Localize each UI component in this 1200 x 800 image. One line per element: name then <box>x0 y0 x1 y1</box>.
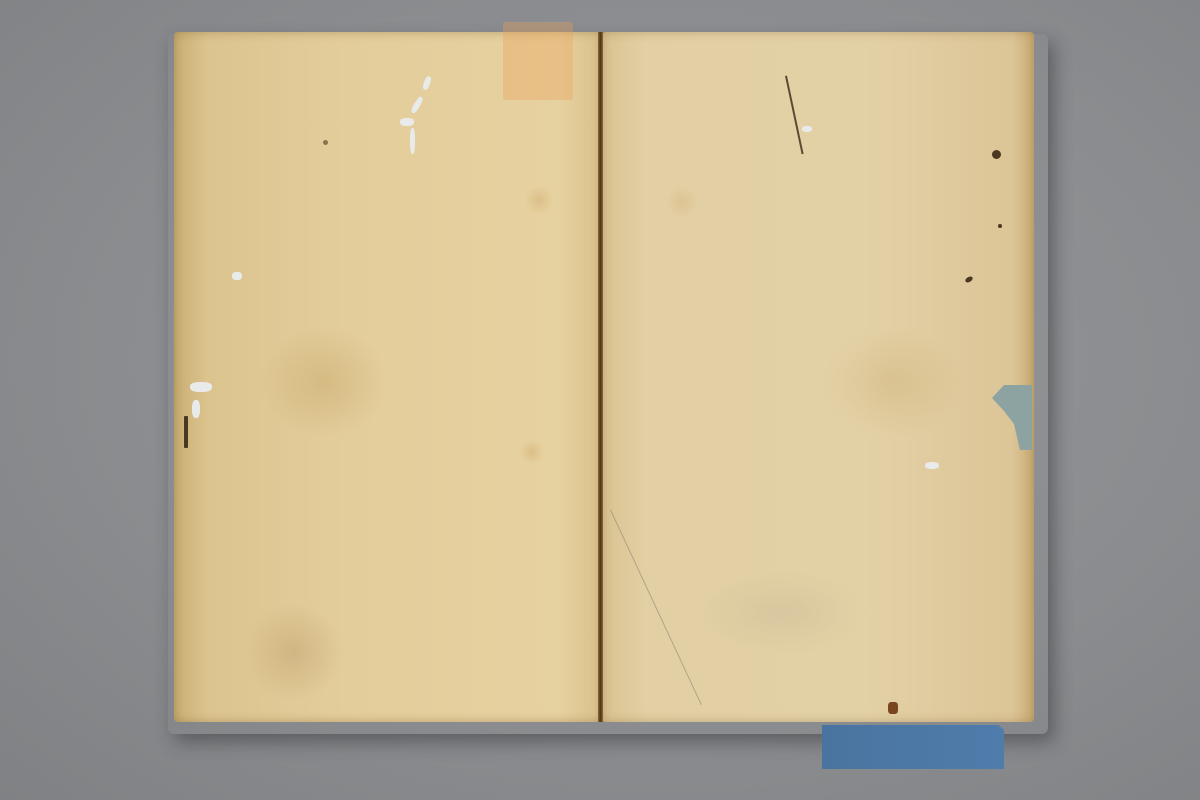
worm-hole <box>232 272 242 280</box>
worm-hole <box>190 382 212 392</box>
seal-stamp <box>503 22 573 100</box>
spot <box>323 140 328 145</box>
left-page <box>174 32 602 722</box>
spot <box>998 224 1002 228</box>
spot <box>888 702 898 714</box>
edge-notch <box>184 416 188 448</box>
spot <box>992 150 1001 159</box>
blue-paper-tab <box>822 725 1004 769</box>
worm-hole <box>410 128 415 154</box>
worm-hole <box>802 126 812 132</box>
worm-hole <box>192 400 200 418</box>
worm-hole <box>400 118 414 126</box>
right-page <box>602 32 1034 722</box>
book-spine <box>598 32 603 722</box>
worm-hole <box>925 462 939 469</box>
